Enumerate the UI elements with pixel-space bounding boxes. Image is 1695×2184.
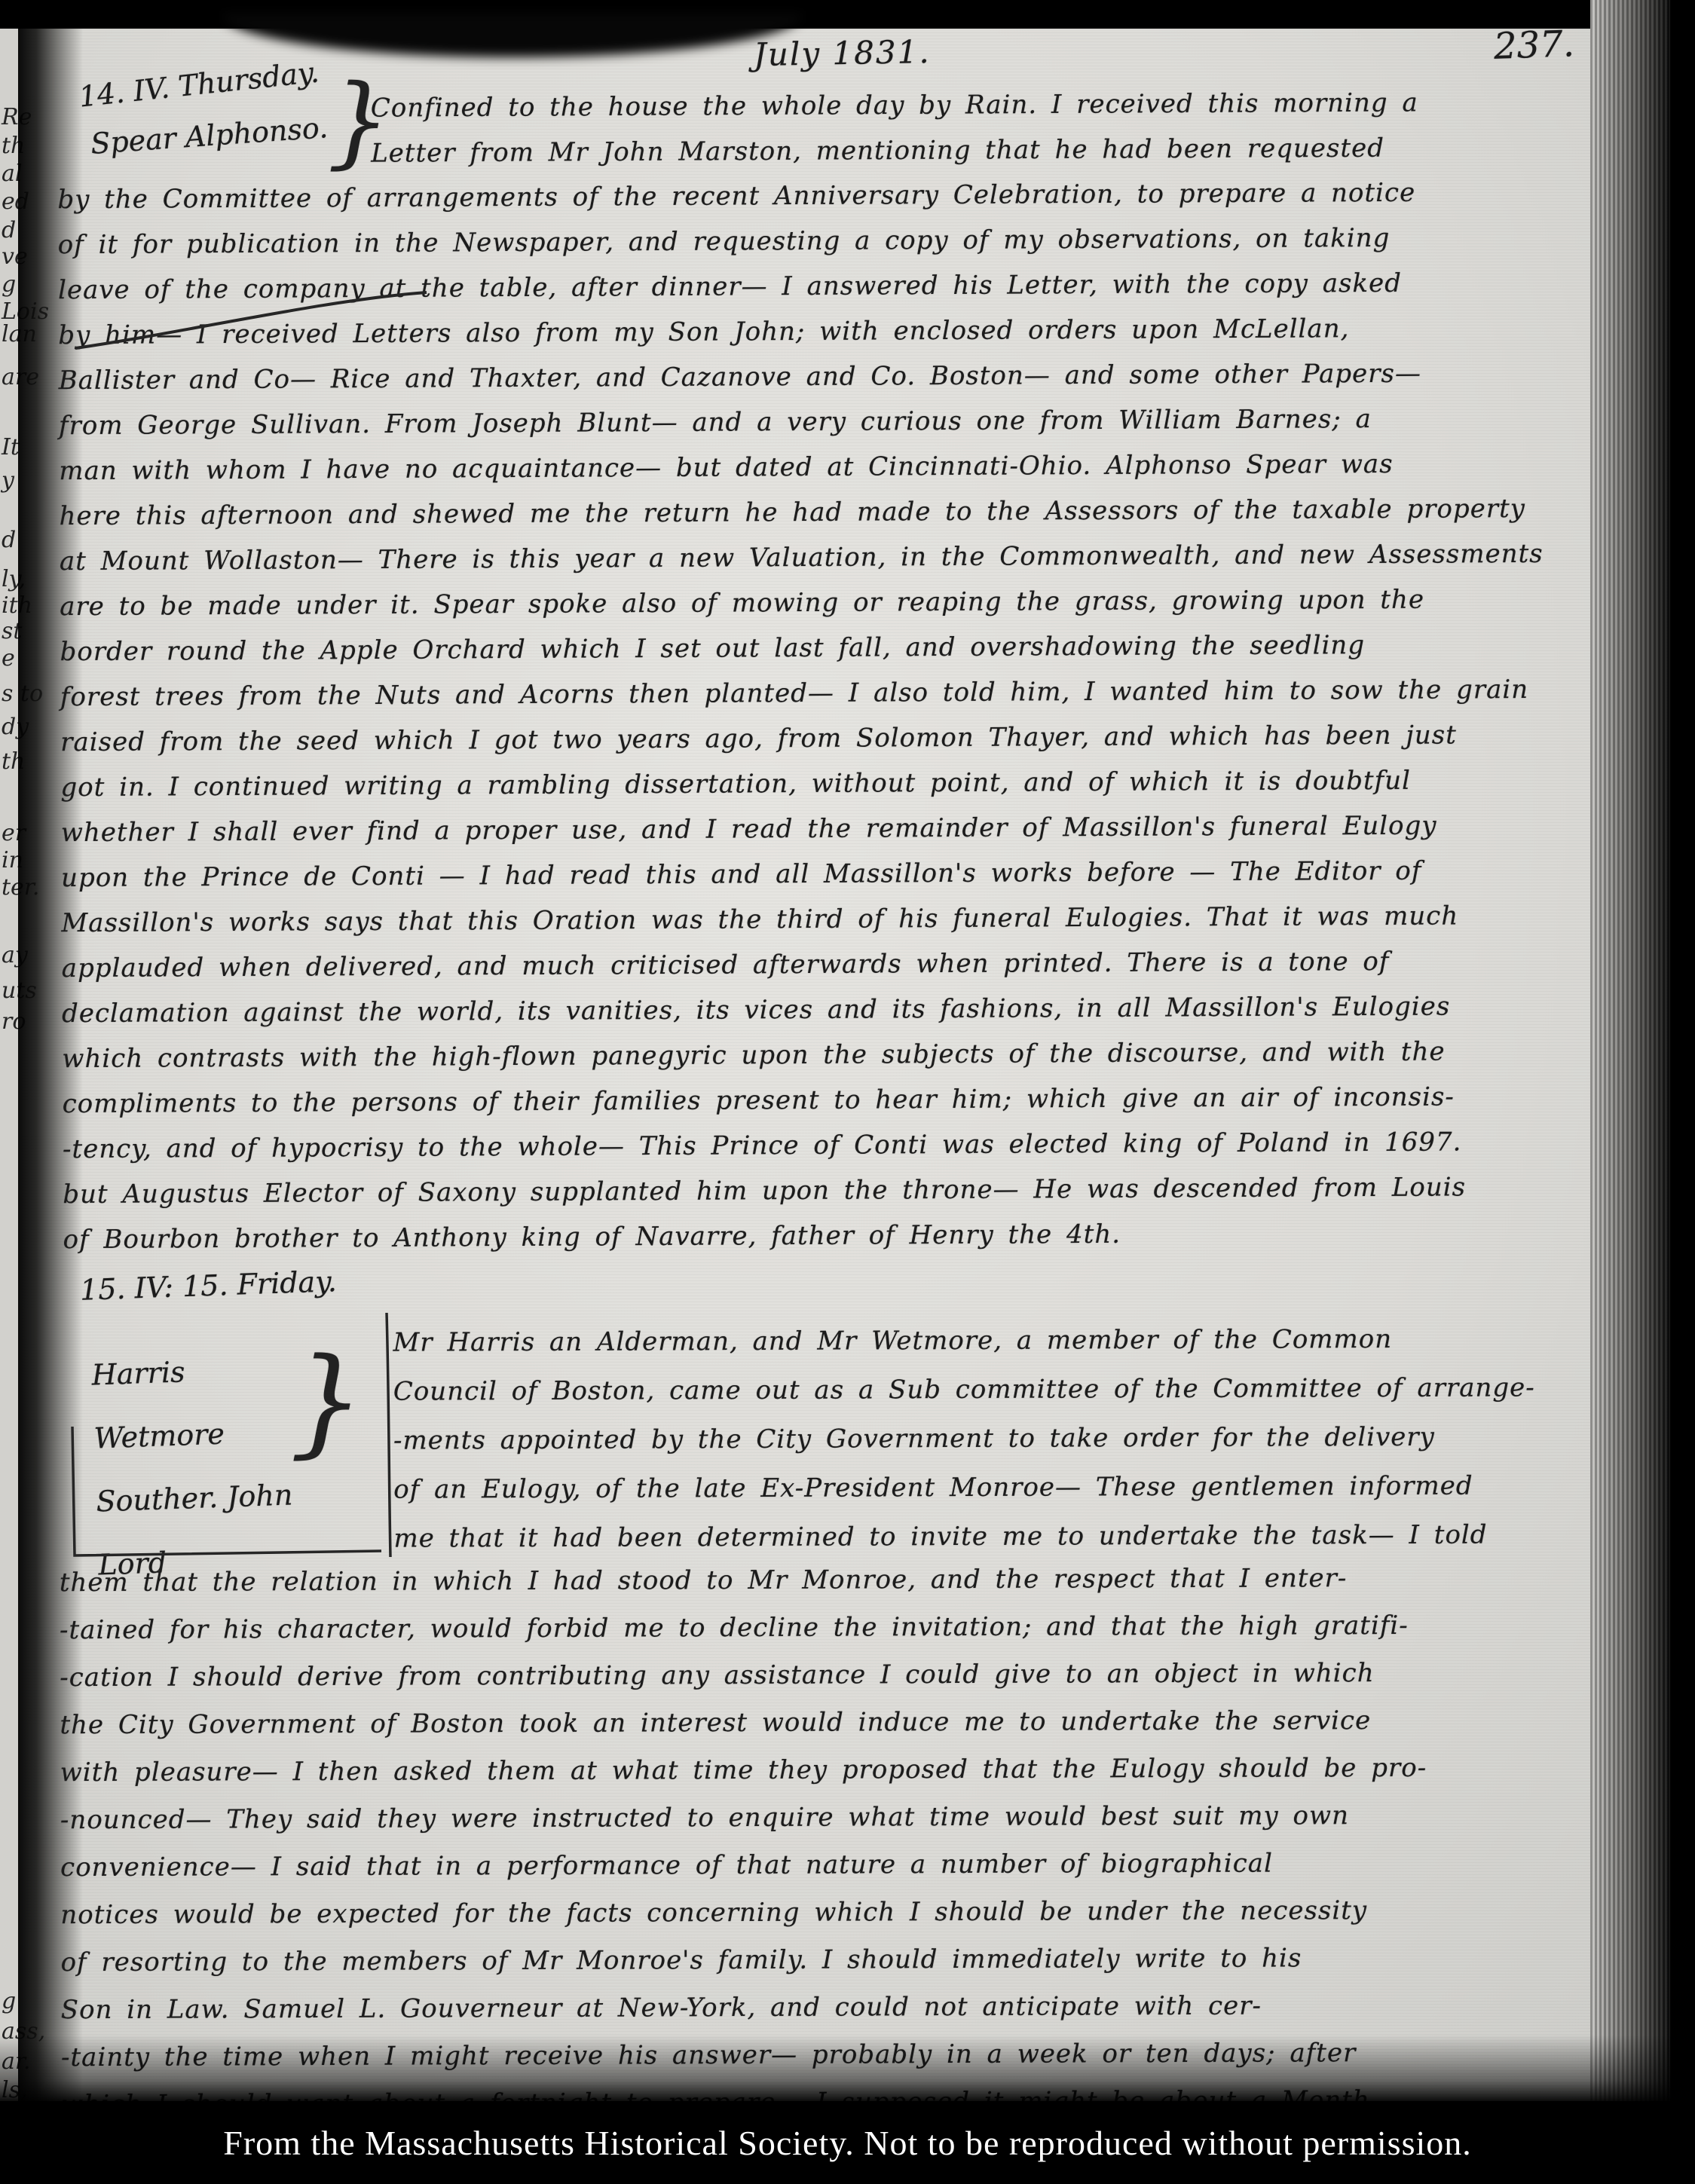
handwritten-line: whether I shall ever find a proper use, … bbox=[61, 803, 1545, 855]
entry-text-indented: Mr Harris an Alderman, and Mr Wetmore, a… bbox=[393, 1314, 1535, 1563]
handwritten-line: Souther. John bbox=[95, 1463, 294, 1533]
handwritten-line: but Augustus Elector of Saxony supplante… bbox=[63, 1164, 1547, 1217]
handwritten-line: Wetmore bbox=[93, 1399, 292, 1470]
margin-brace-mark: } bbox=[289, 1332, 364, 1470]
handwritten-line: raised from the seed which I got two yea… bbox=[60, 712, 1544, 765]
scan-right-background bbox=[1670, 0, 1695, 2184]
entry-text-indented: Confined to the house the whole day by R… bbox=[371, 80, 1418, 176]
page-bleed-fragment: g bbox=[2, 271, 16, 298]
handwritten-line: Council of Boston, came out as a Sub com… bbox=[393, 1363, 1535, 1416]
handwritten-line: Confined to the house the whole day by R… bbox=[371, 80, 1418, 130]
handwritten-line: Son in Law. Samuel L. Gouverneur at New-… bbox=[61, 1982, 1428, 2034]
scanned-diary-page: { "page": { "header_date": "July 1831.",… bbox=[0, 0, 1695, 2184]
footer-notice: From the Massachusetts Historical Societ… bbox=[223, 2123, 1472, 2163]
page-number: 237. bbox=[1493, 23, 1575, 68]
handwritten-line: Letter from Mr John Marston, mentioning … bbox=[371, 125, 1418, 176]
handwritten-line: Massillon's works says that this Oration… bbox=[61, 893, 1545, 946]
handwritten-line: applauded when delivered, and much criti… bbox=[62, 938, 1546, 991]
handwritten-line: man with whom I have no acquaintance— bu… bbox=[59, 441, 1543, 494]
handwritten-line: Ballister and Co— Rice and Thaxter, and … bbox=[59, 350, 1543, 403]
handwritten-line: forest trees from the Nuts and Acorns th… bbox=[60, 667, 1544, 720]
handwritten-line: of Bourbon brother to Anthony king of Na… bbox=[63, 1210, 1547, 1262]
handwritten-line: convenience— I said that in a performanc… bbox=[60, 1840, 1427, 1892]
handwritten-line: them that the relation in which I had st… bbox=[60, 1555, 1427, 1607]
handwritten-line: of resorting to the members of Mr Monroe… bbox=[60, 1935, 1427, 1987]
page-header-date: July 1831. bbox=[754, 33, 931, 73]
handwritten-line: -cation I should derive from contributin… bbox=[60, 1650, 1427, 1702]
handwritten-line: leave of the company at the table, after… bbox=[58, 260, 1542, 313]
handwritten-line: border round the Apple Orchard which I s… bbox=[60, 622, 1544, 674]
handwritten-line: of an Eulogy, of the late Ex-President M… bbox=[393, 1461, 1535, 1514]
handwritten-line: here this afternoon and shewed me the re… bbox=[59, 486, 1543, 539]
entry-text-body: by the Committee of arrangements of the … bbox=[57, 170, 1547, 1262]
handwritten-line: declamation against the world, its vanit… bbox=[62, 983, 1546, 1036]
handwritten-line: -tained for his character, would forbid … bbox=[60, 1602, 1427, 1654]
page-bleed-fragment: g bbox=[2, 1988, 16, 2014]
page-bleed-fragment: d bbox=[2, 217, 16, 243]
handwritten-line: compliments to the persons of their fami… bbox=[63, 1074, 1547, 1127]
footer-bar: From the Massachusetts Historical Societ… bbox=[0, 2101, 1695, 2184]
handwritten-line: the City Government of Boston took an in… bbox=[60, 1697, 1427, 1749]
handwritten-line: upon the Prince de Conti — I had read th… bbox=[61, 848, 1545, 901]
page-bleed-fragment: It bbox=[2, 434, 20, 460]
handwritten-line: notices would be expected for the facts … bbox=[60, 1887, 1427, 1939]
page-stack-edge bbox=[1590, 0, 1675, 2101]
page-bleed-fragment: y bbox=[2, 467, 14, 494]
handwritten-line: are to be made under it. Spear spoke als… bbox=[60, 577, 1544, 629]
handwritten-line: which contrasts with the high-flown pane… bbox=[62, 1029, 1546, 1081]
handwritten-line: -tency, and of hypocrisy to the whole— T… bbox=[63, 1119, 1547, 1172]
handwritten-line: at Mount Wollaston— There is this year a… bbox=[60, 531, 1544, 584]
handwritten-line: with pleasure— I then asked them at what… bbox=[60, 1745, 1427, 1797]
handwritten-line: Harris bbox=[90, 1337, 289, 1407]
handwritten-line: -ments appointed by the City Government … bbox=[393, 1412, 1535, 1465]
entry-margin-names: HarrisWetmoreSouther. JohnLord bbox=[90, 1337, 295, 1597]
handwritten-line: -nounced— They said they were instructed… bbox=[60, 1792, 1427, 1844]
handwritten-line: Mr Harris an Alderman, and Mr Wetmore, a… bbox=[393, 1314, 1534, 1367]
handwritten-line: by the Committee of arrangements of the … bbox=[57, 170, 1541, 222]
scan-bottom-shadow bbox=[0, 2035, 1695, 2104]
page-bleed-fragment: e bbox=[2, 645, 15, 671]
page-bleed-fragment: d bbox=[2, 527, 16, 553]
handwritten-line: got in. I continued writing a rambling d… bbox=[60, 757, 1544, 810]
handwritten-line: from George Sullivan. From Joseph Blunt—… bbox=[59, 396, 1543, 448]
handwritten-line: by him— I received Letters also from my … bbox=[58, 305, 1542, 358]
handwritten-line: of it for publication in the Newspaper, … bbox=[58, 215, 1542, 268]
